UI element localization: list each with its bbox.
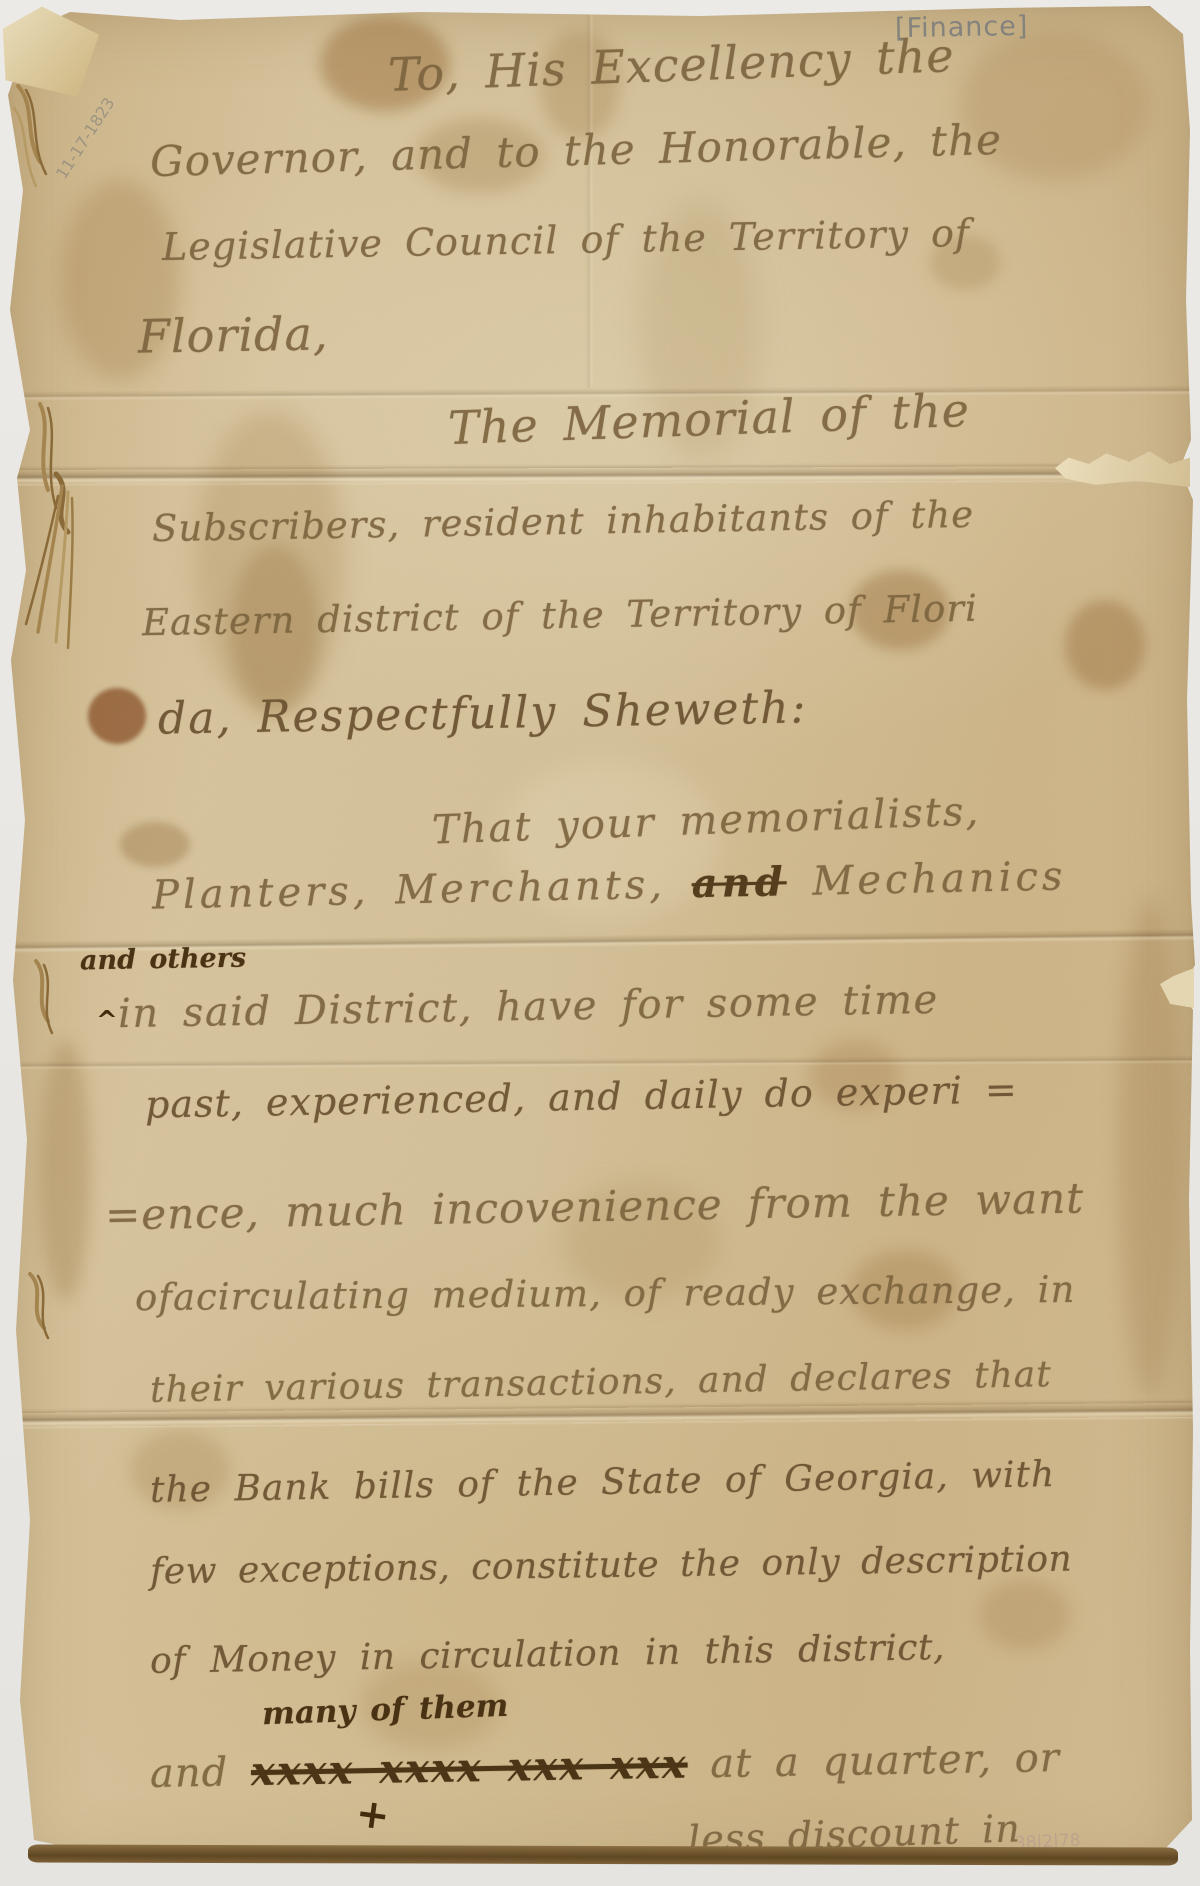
scan-canvas: { "document": { "pencil_annotations": { … bbox=[0, 0, 1200, 1886]
underlying-page-edge bbox=[28, 1844, 1178, 1865]
manuscript-paper: To, His Excellency the Governor, and to … bbox=[0, 0, 1200, 1886]
binding-thread bbox=[16, 462, 166, 661]
binding-thread bbox=[14, 1268, 64, 1352]
paper-grain-texture bbox=[0, 0, 1200, 1886]
binding-thread bbox=[6, 78, 76, 202]
binding-thread bbox=[20, 955, 70, 1049]
